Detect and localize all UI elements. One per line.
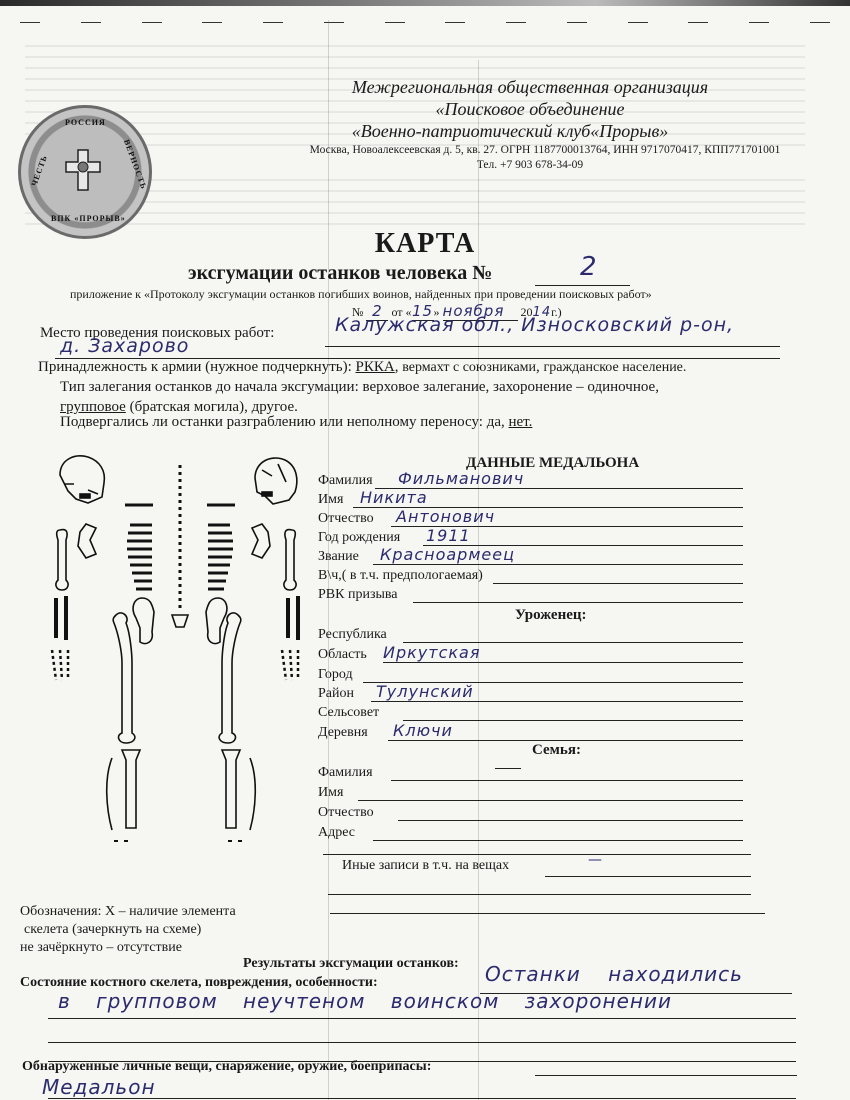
cross-emblem-icon [65, 146, 101, 194]
phone-text: Тел. +7 903 678-34-09 [270, 158, 790, 173]
looting-option-yes: да, [487, 414, 505, 430]
field-label: Район [318, 686, 354, 702]
ribs-right-icon [207, 505, 235, 589]
legend-line-3: не зачёркнуто – отсутствие [20, 939, 236, 957]
ribs-left-icon [125, 505, 153, 589]
name-value: Никита [360, 488, 428, 507]
other-records-label: Иные записи в т.ч. на вещах [342, 858, 509, 874]
field-label: Фамилия [318, 473, 373, 489]
seal-top-text: РОССИЯ [65, 118, 106, 127]
looting-question: Подвергались ли останки разграблению или… [60, 413, 532, 431]
rank-value: Красноармеец [380, 545, 515, 564]
foot-right-icon [230, 840, 240, 842]
field-label: Адрес [318, 825, 355, 841]
skull-front-icon [60, 456, 104, 503]
condition-line-3 [48, 1042, 796, 1043]
patronymic-value: Антонович [396, 507, 495, 526]
org-line-2: «Поисковое объединение [270, 98, 790, 120]
field-label: Республика [318, 627, 387, 643]
field-label: Отчество [318, 511, 374, 527]
organization-name: Межрегиональная общественная организация… [270, 76, 790, 142]
field-line [403, 720, 743, 721]
medallion-field-rank: Звание Красноармеец [318, 548, 743, 567]
items-line-2 [48, 1098, 796, 1099]
medallion-field-military-unit: В\ч,( в т.ч. предпологаемая) [318, 567, 743, 586]
native-field-region: Область Иркутская [318, 646, 743, 665]
field-line [373, 840, 743, 841]
tibia-fibula-left-icon [107, 750, 140, 830]
field-label: В\ч,( в т.ч. предпологаемая) [318, 568, 483, 584]
femur-left-icon [113, 613, 135, 743]
army-option-civilian: гражданское население. [544, 360, 687, 375]
seal-bottom-text: ВПК «ПРОРЫВ» [51, 214, 126, 223]
other-records-line-2 [328, 894, 751, 895]
org-line-1: Межрегиональная общественная организация [270, 76, 790, 98]
family-field-surname: Фамилия [318, 764, 743, 783]
forearm-bones-icon [56, 596, 298, 640]
scan-edge [0, 0, 850, 6]
army-option-rkka: РККА [356, 359, 395, 375]
hand-left-icon [52, 650, 68, 680]
search-site-value-2: д. Захарово [60, 335, 189, 357]
field-label: Имя [318, 492, 343, 508]
legend-line-1: Обозначения: X – наличие элемента [20, 903, 236, 921]
scapula-right-icon [252, 524, 270, 558]
village-value: Ключи [393, 721, 453, 740]
field-line [373, 564, 743, 565]
looting-label: Подвергались ли останки разграблению или… [60, 414, 483, 430]
skeleton-diagram [30, 450, 320, 850]
burial-type-options: верховое залегание, захоронение – одиноч… [362, 379, 658, 395]
tibia-fibula-right-icon [222, 750, 255, 830]
perforation-dashes [20, 22, 830, 24]
field-label: Год рождения [318, 530, 400, 546]
field-label: Область [318, 647, 367, 663]
field-label: Звание [318, 549, 359, 565]
search-site-line-1 [325, 346, 780, 347]
field-line [383, 662, 743, 663]
field-label: Отчество [318, 805, 374, 821]
family-heading: Семья: [532, 742, 581, 759]
field-label: Сельсовет [318, 705, 379, 721]
field-label: Деревня [318, 725, 368, 741]
district-value: Тулунский [376, 682, 474, 701]
region-value: Иркутская [383, 643, 480, 662]
skull-side-icon [255, 458, 297, 504]
other-records-line-3 [330, 913, 765, 914]
native-field-selsovet: Сельсовет [318, 704, 743, 723]
field-line [391, 780, 743, 781]
family-field-patronymic: Отчество [318, 804, 743, 823]
surname-value: Фильманович [398, 469, 524, 488]
army-affiliation: Принадлежность к армии (нужное подчеркну… [38, 358, 686, 377]
search-site-value-1: Калужская обл., Износковский р-он, [335, 314, 734, 336]
results-heading: Результаты эксгумации останков: [243, 956, 459, 972]
document-title: КАРТА [0, 228, 850, 260]
medallion-field-name: Имя Никита [318, 491, 743, 510]
native-field-district: Район Тулунский [318, 685, 743, 704]
field-line [413, 602, 743, 603]
hand-right-icon [282, 650, 298, 680]
organization-address: Москва, Новоалексеевская д. 5, кв. 27. О… [270, 143, 790, 173]
family-field-name: Имя [318, 784, 743, 803]
appendix-text: приложение к «Протоколу эксгумации остан… [70, 287, 652, 302]
humerus-left-icon [56, 530, 68, 590]
medallion-field-patronymic: Отчество Антонович [318, 510, 743, 529]
humerus-right-icon [284, 530, 296, 590]
foot-left-icon [116, 840, 126, 842]
field-line [493, 583, 743, 584]
sacrum-icon [172, 615, 188, 627]
document-subtitle: эксгумации останков человека № [188, 262, 492, 285]
address-extra-line [323, 854, 751, 855]
femur-right-icon [219, 613, 241, 743]
pelvis-left-icon [133, 598, 154, 644]
field-label: Имя [318, 785, 343, 801]
field-label: РВК призыва [318, 587, 398, 603]
field-line [398, 820, 743, 821]
burial-type-line-1: Тип залегания останков до начала эксгума… [60, 378, 659, 396]
seal-left-text: ЧЕСТЬ [29, 154, 49, 188]
items-label: Обнаруженные личные вещи, снаряжение, ор… [22, 1059, 431, 1075]
looting-option-no: нет. [508, 414, 532, 430]
native-field-republic: Республика [318, 626, 743, 645]
army-option-wehrmacht: вермахт с союзниками [402, 360, 536, 375]
legend: Обозначения: X – наличие элемента скелет… [20, 903, 236, 957]
field-line [375, 488, 743, 489]
birth-year-value: 1911 [426, 526, 471, 545]
other-records-value: — [588, 852, 603, 868]
org-line-3: «Военно-патриотический клуб«Прорыв» [230, 120, 790, 142]
field-line [388, 740, 743, 741]
condition-line-2 [48, 1018, 796, 1019]
card-number-value: 2 [580, 252, 598, 282]
family-field-address: Адрес [318, 824, 743, 843]
seal-right-text: ВЕРНОСТЬ [122, 138, 148, 190]
card-number-line [535, 285, 630, 286]
field-line [358, 800, 743, 801]
items-value: Медальон [42, 1075, 156, 1099]
other-records-line [545, 876, 751, 877]
medallion-field-draft-office: РВК призыва [318, 586, 743, 605]
legend-line-2: скелета (зачеркнуть на схеме) [20, 921, 236, 939]
condition-value-1: Останки находились [485, 962, 743, 986]
items-line [535, 1075, 797, 1076]
field-label: Город [318, 667, 353, 683]
field-label: Фамилия [318, 765, 373, 781]
address-text: Москва, Новоалексеевская д. 5, кв. 27. О… [300, 143, 790, 158]
native-heading: Уроженец: [515, 607, 587, 624]
army-label: Принадлежность к армии (нужное подчеркну… [38, 359, 352, 375]
scapula-left-icon [78, 524, 96, 558]
native-field-village: Деревня Ключи [318, 724, 743, 743]
burial-type-label: Тип залегания останков до начала эксгума… [60, 379, 359, 395]
field-line [371, 701, 743, 702]
condition-value-2: в групповом неучтеном воинском захоронен… [58, 989, 672, 1013]
organization-seal: РОССИЯ ЧЕСТЬ ВЕРНОСТЬ ВПК «ПРОРЫВ» [18, 105, 152, 239]
